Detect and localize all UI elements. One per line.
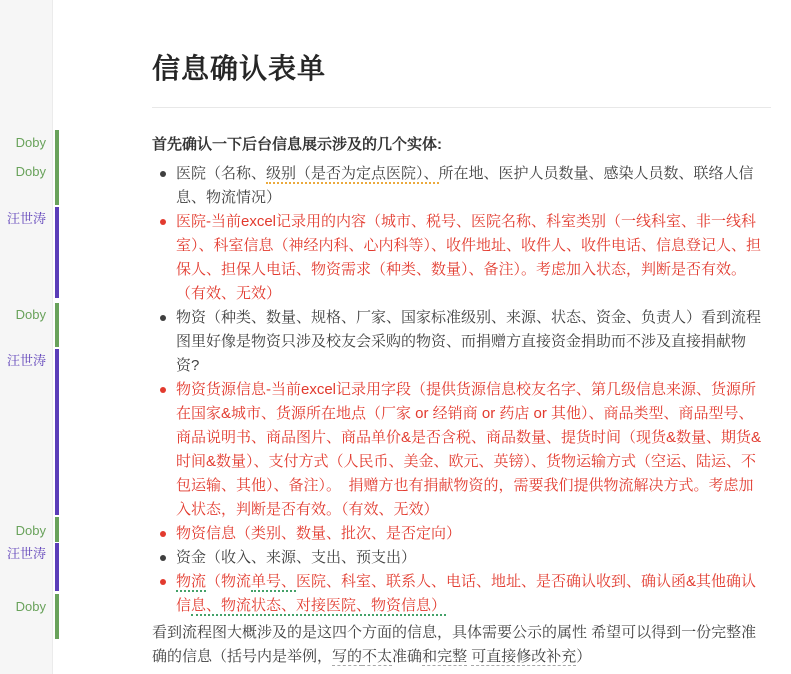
comment-anchor-bar: [55, 543, 59, 591]
comment-author-label[interactable]: 汪世涛: [0, 353, 46, 369]
comment-anchor-bar: [55, 517, 59, 542]
comment-anchor-bar: [55, 349, 59, 515]
comment-anchor-bar: [55, 594, 59, 639]
text-segment: 医院（名称、: [176, 165, 266, 182]
text-segment: 医院-当前excel记录用的内容（城市、税号、医院名称、科室类别（一线科室、非一…: [176, 213, 761, 302]
commented-text[interactable]: 写的: [332, 648, 362, 666]
page-title[interactable]: 信息确认表单: [152, 52, 768, 86]
text-segment: 物资信息（类别、数量、批次、是否定向）: [176, 525, 461, 542]
commented-text[interactable]: 物流: [176, 573, 206, 592]
list-item[interactable]: 物资信息（类别、数量、批次、是否定向）: [176, 522, 768, 546]
comment-anchor-bar: [55, 130, 59, 205]
text-segment: 物资（种类、数量、规格、厂家、国家标准级别、来源、状态、资金、负责人）看到流程图…: [176, 309, 761, 374]
commented-text[interactable]: 不太: [362, 648, 392, 666]
text-segment: 资金（收入、来源、支出、预支出）: [176, 549, 416, 566]
text-segment: （物流: [206, 573, 251, 590]
comment-author-label[interactable]: Doby: [0, 599, 46, 615]
comment-author-label[interactable]: Doby: [0, 135, 46, 151]
comment-author-label[interactable]: 汪世涛: [0, 211, 46, 227]
list-item[interactable]: 物流（物流单号、医院、科室、联系人、电话、地址、是否确认收到、确认函&其他确认信…: [176, 570, 768, 618]
document-canvas[interactable]: 信息确认表单 首先确认一下后台信息展示涉及的几个实体: 医院（名称、级别（是否为…: [152, 0, 768, 669]
title-divider: [152, 107, 771, 108]
commented-text[interactable]: 可直接修改补充: [471, 648, 576, 666]
comment-author-label[interactable]: Doby: [0, 523, 46, 539]
list-item[interactable]: 医院-当前excel记录用的内容（城市、税号、医院名称、科室类别（一线科室、非一…: [176, 210, 768, 306]
commented-text[interactable]: 单号、: [251, 573, 296, 592]
comment-anchor-bar: [55, 303, 59, 347]
list-item[interactable]: 物资（种类、数量、规格、厂家、国家标准级别、来源、状态、资金、负责人）看到流程图…: [176, 306, 768, 378]
comment-gutter: [0, 0, 53, 674]
closing-paragraph[interactable]: 看到流程图大概涉及的是这四个方面的信息，具体需要公示的属性 希望可以得到一份完整…: [152, 621, 768, 669]
comment-anchor-bar: [55, 207, 59, 298]
comment-author-label[interactable]: 汪世涛: [0, 546, 46, 562]
commented-text[interactable]: 和完整: [422, 648, 467, 666]
comment-author-label[interactable]: Doby: [0, 164, 46, 180]
comment-author-label[interactable]: Doby: [0, 307, 46, 323]
text-segment: 物资货源信息-当前excel记录用字段（提供货源信息校友名字、第几级信息来源、货…: [176, 381, 761, 518]
entity-list: 医院（名称、级别（是否为定点医院）、所在地、医护人员数量、感染人员数、联络人信息…: [152, 162, 768, 618]
list-item[interactable]: 物资货源信息-当前excel记录用字段（提供货源信息校友名字、第几级信息来源、货…: [176, 378, 768, 522]
text-segment: ）: [576, 648, 591, 665]
intro-paragraph[interactable]: 首先确认一下后台信息展示涉及的几个实体:: [152, 133, 768, 157]
commented-text[interactable]: 息、物流状态、对接医院、物资信息）: [191, 597, 446, 616]
list-item[interactable]: 医院（名称、级别（是否为定点医院）、所在地、医护人员数量、感染人员数、联络人信息…: [176, 162, 768, 210]
text-segment: 准确: [392, 648, 422, 665]
commented-text[interactable]: 级别（是否为定点医院）、: [266, 165, 439, 184]
list-item[interactable]: 资金（收入、来源、支出、预支出）: [176, 546, 768, 570]
